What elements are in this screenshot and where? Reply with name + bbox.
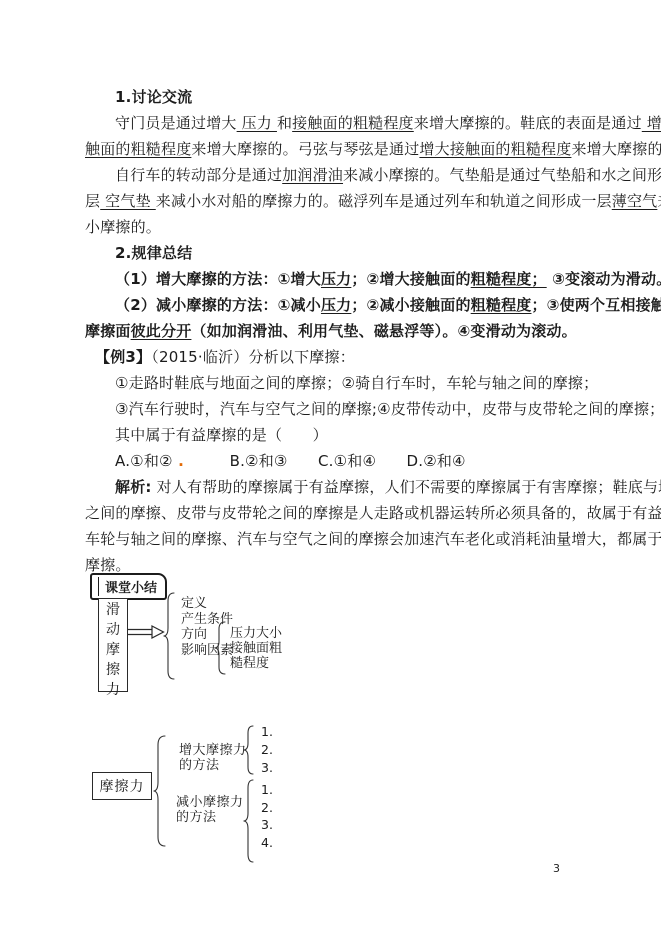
text-line: 【例3】（2015·临沂）分析以下摩擦： xyxy=(85,344,585,370)
text-line: ③汽车行驶时，汽车与空气之间的摩擦;④皮带传动中，皮带与皮带轮之间的摩擦； xyxy=(85,396,585,422)
text-segment: 压力 xyxy=(321,270,351,288)
text-segment: ③汽车行驶时，汽车与空气之间的摩擦;④皮带传动中，皮带与皮带轮之间的摩擦； xyxy=(115,400,661,418)
text-segment: （1）增大摩擦的方法：①增大 xyxy=(115,270,321,288)
decrease-friction-label: 减小摩擦力的方法 xyxy=(176,795,246,825)
decrease-method-list: 1. 2. 3. 4. xyxy=(261,781,273,851)
text-segment: 来减小水对船的摩擦力的。磁浮列车是通过列车和轨道之间形成一层 xyxy=(156,192,612,210)
text-segment: 来减小摩擦的。气垫船是通过气垫船和水之间形成一 xyxy=(343,166,661,184)
text-segment: 压力 xyxy=(237,114,277,132)
text-line: 2.规律总结 xyxy=(85,240,585,266)
text-segment: 摩擦。 xyxy=(85,556,131,574)
text-segment: 其中属于有益摩擦的是（ ） xyxy=(115,426,328,444)
class-summary-label: 课堂小结 xyxy=(105,577,157,596)
text-segment: 粗糙程度 xyxy=(471,296,532,314)
text-segment: ；②增大接触面的 xyxy=(351,270,470,288)
text-line: ①走路时鞋底与地面之间的摩擦；②骑自行车时，车轮与轴之间的摩擦； xyxy=(85,370,585,396)
text-segment: 来增大摩擦的。鞋底的表面是通过 xyxy=(414,114,642,132)
text-segment: 接触面的粗糙程度 xyxy=(292,114,414,132)
friction-node: 摩擦力 xyxy=(92,772,152,800)
worksheet-text: 1.讨论交流守门员是通过增大 压力 和接触面的粗糙程度来增大摩擦的。鞋底的表面是… xyxy=(85,84,585,578)
vertical-char: 力 xyxy=(106,679,120,699)
text-segment: （2015·临沂）分析以下摩擦： xyxy=(151,348,355,366)
text-segment: 来增大摩擦的。弓弦与琴弦是通过 xyxy=(191,140,419,158)
brace-icon-map2 xyxy=(153,735,166,847)
text-segment: 粗糙程度； xyxy=(471,270,547,288)
text-segment: 守门员是通过增大 xyxy=(115,114,237,132)
text-segment: 加润滑油 xyxy=(282,166,343,184)
text-segment: 来增大摩擦的。 xyxy=(571,140,661,158)
decrease-method-item: 4. xyxy=(261,834,273,852)
text-line: 1.讨论交流 xyxy=(85,84,585,110)
vertical-char: 滑 xyxy=(106,599,120,619)
text-line: 自行车的转动部分是通过加润滑油来减小摩擦的。气垫船是通过气垫船和水之间形成一 xyxy=(85,162,585,188)
text-segment: 层 xyxy=(85,192,100,210)
map1-factors-text: 压力大小接触面粗糙程度 xyxy=(230,626,286,671)
text-segment: 和 xyxy=(277,114,292,132)
text-segment: 压力 xyxy=(321,296,351,314)
increase-method-item: 1. xyxy=(261,723,273,741)
text-segment: 摩擦面 xyxy=(85,322,131,340)
text-segment: 彼此分开 xyxy=(131,322,192,340)
text-segment: 触面的粗糙程度 xyxy=(85,140,191,158)
vertical-char: 动 xyxy=(106,619,120,639)
document-page: 1.讨论交流守门员是通过增大 压力 和接触面的粗糙程度来增大摩擦的。鞋底的表面是… xyxy=(0,0,661,935)
text-segment: ①走路时鞋底与地面之间的摩擦；②骑自行车时，车轮与轴之间的摩擦； xyxy=(115,374,598,392)
double-arrow-icon xyxy=(127,624,165,640)
text-segment: 增大接 xyxy=(642,114,661,132)
text-line: 其中属于有益摩擦的是（ ） xyxy=(85,422,585,448)
text-line: 之间的摩擦、皮带与皮带轮之间的摩擦是人走路或机器运转所必须具备的，故属于有益摩擦 xyxy=(85,500,585,526)
decrease-method-item: 3. xyxy=(261,816,273,834)
increase-method-list: 1. 2. 3. xyxy=(261,723,273,777)
text-segment: B.②和③ C.①和④ D.②和④ xyxy=(184,452,466,470)
decrease-method-item: 2. xyxy=(261,799,273,817)
text-line: （2）减小摩擦的方法：①减小压力；②减小接触面的粗糙程度；③使两个互相接触的 xyxy=(85,292,585,318)
text-line: 小摩擦的。 xyxy=(85,214,585,240)
brace-icon-increase xyxy=(243,725,254,775)
text-segment: 增大接触面的粗糙程度 xyxy=(419,140,571,158)
text-segment: A.①和② xyxy=(115,452,173,470)
friction-node-label: 摩擦力 xyxy=(100,776,145,796)
text-line: （1）增大摩擦的方法：①增大压力；②增大接触面的粗糙程度； ③变滚动为滑动。 xyxy=(85,266,585,292)
text-segment: 【例3】 xyxy=(95,348,151,366)
vertical-char: 摩 xyxy=(106,639,120,659)
increase-friction-label: 增大摩擦力的方法 xyxy=(179,743,249,773)
text-line: 触面的粗糙程度来增大摩擦的。弓弦与琴弦是通过增大接触面的粗糙程度来增大摩擦的。 xyxy=(85,136,585,162)
text-line: A.①和② . B.②和③ C.①和④ D.②和④ xyxy=(85,448,585,474)
text-segment: 2.规律总结 xyxy=(115,244,192,262)
text-line: 摩擦面彼此分开（如加润滑油、利用气垫、磁悬浮等）。④变滑动为滚动。 xyxy=(85,318,585,344)
brace-icon-map1 xyxy=(163,592,175,680)
text-line: 守门员是通过增大 压力 和接触面的粗糙程度来增大摩擦的。鞋底的表面是通过 增大接 xyxy=(85,110,585,136)
text-segment: 之间的摩擦、皮带与皮带轮之间的摩擦是人走路或机器运转所必须具备的，故属于有益摩擦 xyxy=(85,504,661,522)
text-segment: 来减 xyxy=(657,192,661,210)
text-segment: 小摩擦的。 xyxy=(85,218,161,236)
text-segment: 1.讨论交流 xyxy=(115,88,192,106)
brace-icon-decrease xyxy=(243,779,254,863)
text-segment: ；②减小接触面的 xyxy=(351,296,470,314)
class-summary-tab: 课堂小结 xyxy=(90,573,167,600)
text-segment: （如加润滑油、利用气垫、磁悬浮等）。④变滑动为滚动。 xyxy=(191,322,576,340)
increase-method-item: 3. xyxy=(261,759,273,777)
text-line: 解析: 对人有帮助的摩擦属于有益摩擦，人们不需要的摩擦属于有害摩擦；鞋底与地面 xyxy=(85,474,585,500)
text-line: 层 空气垫 来减小水对船的摩擦力的。磁浮列车是通过列车和轨道之间形成一层薄空气来… xyxy=(85,188,585,214)
text-line: 车轮与轴之间的摩擦、汽车与空气之间的摩擦会加速汽车老化或消耗油量增大，都属于有害 xyxy=(85,526,585,552)
text-segment: 车轮与轴之间的摩擦、汽车与空气之间的摩擦会加速汽车老化或消耗油量增大，都属于有害 xyxy=(85,530,661,548)
map1-item: 定义 xyxy=(181,596,233,612)
text-segment: 对人有帮助的摩擦属于有益摩擦，人们不需要的摩擦属于有害摩擦；鞋底与地面 xyxy=(152,478,661,496)
sliding-friction-node: 滑动摩擦力 xyxy=(98,598,128,692)
vertical-char: 擦 xyxy=(106,659,120,679)
increase-method-item: 2. xyxy=(261,741,273,759)
text-segment: ；③使两个互相接触的 xyxy=(531,296,661,314)
text-segment: （2）减小摩擦的方法：①减小 xyxy=(115,296,321,314)
text-segment: ③变滚动为滑动。 xyxy=(547,270,661,288)
decrease-method-item: 1. xyxy=(261,781,273,799)
text-segment: 解析: xyxy=(115,478,152,496)
text-segment: 自行车的转动部分是通过 xyxy=(115,166,282,184)
brace-icon-factors xyxy=(214,621,226,675)
text-segment: 薄空气 xyxy=(612,192,658,210)
text-segment: 空气垫 xyxy=(100,192,156,210)
page-number: 3 xyxy=(553,862,560,875)
text-segment: . xyxy=(173,452,184,470)
